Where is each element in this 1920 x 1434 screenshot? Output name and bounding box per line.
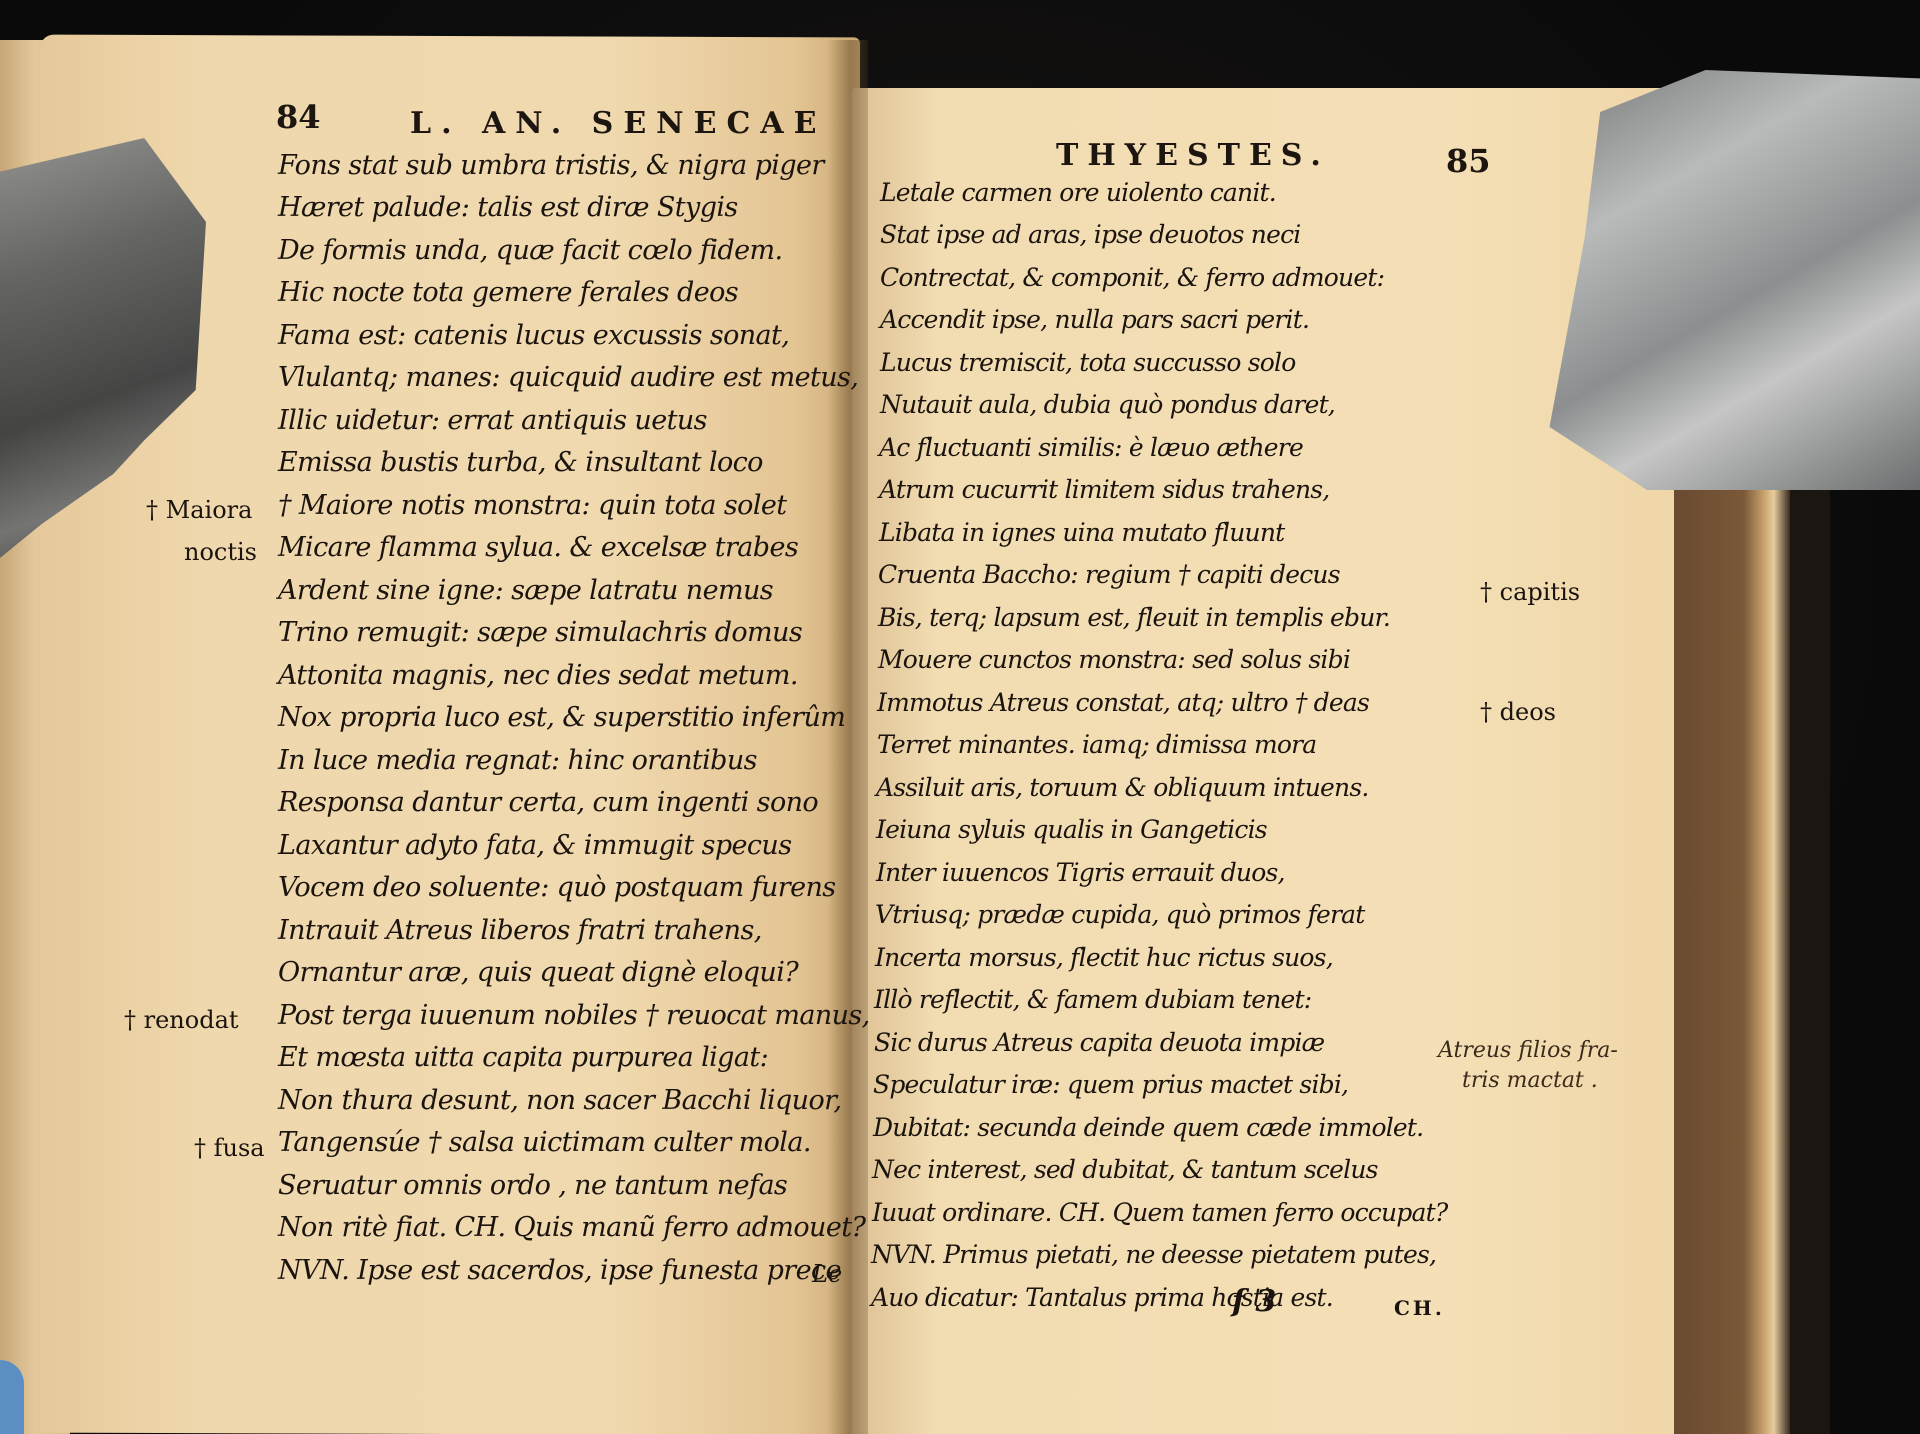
handwritten-line: Atreus filios fra- xyxy=(1438,1036,1618,1066)
margin-note: † renodat xyxy=(124,1006,239,1034)
verse-line: Incerta morsus, flectit huc rictus suos, xyxy=(875,943,1333,972)
verse-line: Dubitat: secunda deinde quem cæde immole… xyxy=(873,1113,1423,1142)
verse-line: Inter iuuencos Tigris errauit duos, xyxy=(876,858,1285,887)
verse-line: Stat ipse ad aras, ipse deuotos neci xyxy=(880,220,1300,249)
verse-line: Libata in ignes uina mutato fluunt xyxy=(879,518,1284,547)
verse-line: Letale carmen ore uiolento canit. xyxy=(880,178,1276,207)
left-page-text-block: Fons stat sub umbra tristis, & nigra pig… xyxy=(278,150,838,1300)
verse-line: Responsa dantur certa, cum ingenti sono xyxy=(278,787,818,818)
verse-line: Speculatur iræ: quem prius mactet sibi, xyxy=(873,1070,1348,1099)
verse-line: Ardent sine igne: sæpe latratu nemus xyxy=(278,575,773,606)
verse-line: Micare flamma sylua. & excelsæ trabes xyxy=(278,532,798,563)
verse-line: Hæret palude: talis est diræ Stygis xyxy=(278,192,738,223)
verse-line: Illò reflectit, & famem dubiam tenet: xyxy=(874,985,1311,1014)
verse-line: Hic nocte tota gemere ferales deos xyxy=(278,277,738,308)
left-running-head: L. AN. SENECAE xyxy=(410,106,827,141)
catchword-fragment: Le xyxy=(812,1260,842,1288)
verse-line: Contrectat, & componit, & ferro admouet: xyxy=(880,263,1384,292)
verse-line: Atrum cucurrit limitem sidus trahens, xyxy=(879,475,1329,504)
verse-line: In luce media regnat: hinc orantibus xyxy=(278,745,757,776)
verse-line: Accendit ipse, nulla pars sacri perit. xyxy=(880,305,1309,334)
verse-line: Emissa bustis turba, & insultant loco xyxy=(278,447,763,478)
signature-mark: f 3 xyxy=(1232,1284,1276,1319)
verse-line: Immotus Atreus constat, atq; ultro † dea… xyxy=(877,688,1369,717)
verse-line: Vtriusq; prædæ cupida, quò primos ferat xyxy=(875,900,1365,929)
verse-line: Lucus tremiscit, tota succusso solo xyxy=(880,348,1295,377)
right-running-head: THYESTES. xyxy=(1056,138,1330,173)
verse-line: Nec interest, sed dubitat, & tantum scel… xyxy=(872,1155,1378,1184)
verse-line: Fons stat sub umbra tristis, & nigra pig… xyxy=(278,150,824,181)
verse-line: Seruatur omnis ordo , ne tantum nefas xyxy=(278,1170,787,1201)
verse-line: Trino remugit: sæpe simulachris domus xyxy=(278,617,802,648)
handwritten-annotation: Atreus filios fra- tris mactat . xyxy=(1438,1036,1618,1096)
verse-line: Nox propria luco est, & superstitio infe… xyxy=(278,702,845,733)
verse-line: Post terga iuuenum nobiles † reuocat man… xyxy=(278,1000,870,1031)
verse-line: Terret minantes. iamq; dimissa mora xyxy=(877,730,1316,759)
margin-note: † deos xyxy=(1480,698,1556,726)
verse-line: Tangensúe † salsa uictimam culter mola. xyxy=(278,1127,811,1158)
verse-line: Illic uidetur: errat antiquis uetus xyxy=(278,405,707,436)
handwritten-line: tris mactat . xyxy=(1438,1066,1618,1096)
verse-line: Mouere cunctos monstra: sed solus sibi xyxy=(878,645,1350,674)
verse-line: Fama est: catenis lucus excussis sonat, xyxy=(278,320,789,351)
verse-line: Et mœsta uitta capita purpurea ligat: xyxy=(278,1042,768,1073)
verse-line: Vlulantq; manes: quicquid audire est met… xyxy=(278,362,858,393)
margin-note: noctis xyxy=(184,538,257,566)
margin-note: † Maiora xyxy=(146,496,252,524)
verse-line: Cruenta Baccho: regium † capiti decus xyxy=(878,560,1340,589)
verse-line: Sic durus Atreus capita deuota impiæ xyxy=(874,1028,1324,1057)
verse-line: Iuuat ordinare. CH. Quem tamen ferro occ… xyxy=(872,1198,1447,1227)
verse-line: Bis, terq; lapsum est, fleuit in templis… xyxy=(878,603,1390,632)
right-page-number: 85 xyxy=(1446,142,1491,180)
verse-line: De formis unda, quæ facit cœlo fidem. xyxy=(278,235,782,266)
verse-line: Assiluit aris, toruum & obliquum intuens… xyxy=(876,773,1369,802)
book-cover-edge xyxy=(1790,470,1830,1434)
verse-line: NVN. Ipse est sacerdos, ipse funesta pre… xyxy=(278,1255,841,1286)
fore-edge-of-book xyxy=(1674,480,1790,1434)
verse-line: Attonita magnis, nec dies sedat metum. xyxy=(278,660,798,691)
verse-line: Non thura desunt, non sacer Bacchi liquo… xyxy=(278,1085,841,1116)
verse-line: Ornantur aræ, quis queat dignè eloqui? xyxy=(278,957,798,988)
catchword: CH. xyxy=(1394,1296,1445,1320)
verse-line: Laxantur adyto fata, & immugit specus xyxy=(278,830,791,861)
verse-line: Intrauit Atreus liberos fratri trahens, xyxy=(278,915,762,946)
left-page-number: 84 xyxy=(276,98,321,136)
verse-line: Vocem deo soluente: quò postquam furens xyxy=(278,872,836,903)
verse-line: NVN. Primus pietati, ne deesse pietatem … xyxy=(871,1240,1436,1269)
blue-object-corner xyxy=(0,1360,24,1434)
verse-line: Ieiuna syluis qualis in Gangeticis xyxy=(876,815,1267,844)
verse-line: Ac fluctuanti similis: è læuo æthere xyxy=(879,433,1303,462)
verse-line: † Maiore notis monstra: quin tota solet xyxy=(278,490,786,521)
verse-line: Nutauit aula, dubia quò pondus daret, xyxy=(880,390,1335,419)
margin-note: † fusa xyxy=(194,1134,265,1162)
verse-line: Non ritè fiat. CH. Quis manũ ferro admou… xyxy=(278,1212,865,1243)
right-page-text-block: Letale carmen ore uiolento canit. Stat i… xyxy=(876,178,1416,1278)
margin-note: † capitis xyxy=(1480,578,1580,606)
